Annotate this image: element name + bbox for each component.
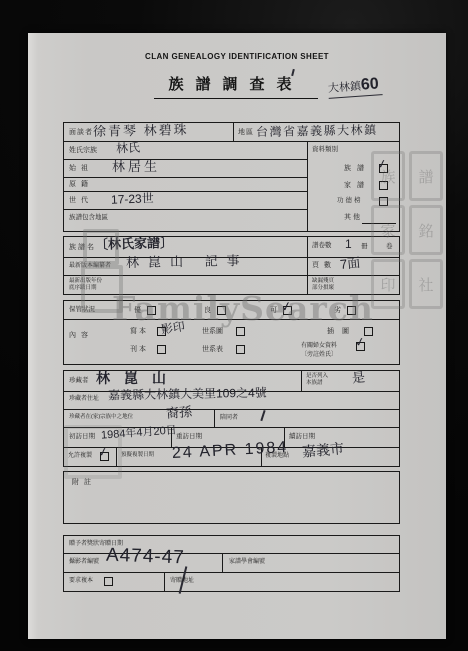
microfilm-frame: { "header": { "title_en": "CLAN GENEALOG… <box>0 0 468 651</box>
checkbox-good <box>217 306 226 315</box>
content-label: 內容 <box>69 332 93 339</box>
region-label: 地區 <box>238 129 254 136</box>
first-ancestor-label: 始祖 <box>69 165 93 172</box>
checkmark-copy-permit: ✓ <box>97 445 109 459</box>
grid-line <box>64 572 399 573</box>
admin-box: 贈予者獎狀寄贈日期 攝影者編號 A474-47 家譜學會編號 要求複本 寄贈地址 <box>63 535 400 592</box>
grid-line <box>64 191 307 192</box>
sheet-title-zh: 族譜調查表 <box>154 73 318 99</box>
copy-permit-label: 允許複製 <box>68 453 92 459</box>
compiler-label: 最新版本編纂者 <box>69 263 111 269</box>
keeper-position-value: 裔孫 <box>166 405 193 420</box>
checkbox-request-copy <box>104 577 113 586</box>
manuscript-note: 影印 <box>160 320 186 336</box>
listed-label-2: 本族譜 <box>306 381 323 387</box>
surname-clan-label: 姓氏宗族 <box>69 147 97 154</box>
condition-excellent-label: 優 <box>134 307 141 314</box>
volumes-value: 1 <box>345 238 352 250</box>
keeper-address-label: 珍藏者住址 <box>69 396 99 402</box>
corner-town-label: 大林鎮 <box>328 81 362 95</box>
checkbox-tree-chart <box>236 327 245 336</box>
surname-clan-value: 林氏 <box>116 141 141 154</box>
grid-line <box>233 123 234 141</box>
grid-line <box>116 447 117 466</box>
keeper-position-label: 珍藏者在(家)宗族中之地位 <box>69 415 133 421</box>
region-value: 台灣省嘉義縣大林鎮 <box>256 124 378 138</box>
category-gongde-label: 功德榜 <box>337 198 363 205</box>
checkbox-print <box>157 345 166 354</box>
interviewer-value: 徐青琴 林碧珠 <box>93 123 189 138</box>
grid-line <box>64 141 399 142</box>
category-zupu-label: 族譜 <box>344 165 370 172</box>
copy-place-value: 嘉義市 <box>301 441 344 459</box>
condition-good-label: 良 <box>204 307 211 314</box>
listed-label-1: 是否列入 <box>306 374 328 380</box>
tree-table-label: 世系表 <box>202 346 223 353</box>
followup-label: 續訪日期 <box>289 434 315 441</box>
keeper-value: 林崑山 <box>96 371 180 385</box>
genealogy-name-label: 族譜名 <box>69 244 96 251</box>
grid-line <box>301 371 302 391</box>
grid-line <box>64 177 307 178</box>
grid-line <box>64 209 307 210</box>
condition-label: 保管狀況 <box>69 307 95 314</box>
notes-label: 附註 <box>72 479 96 486</box>
mail-address-label: 寄贈地址 <box>170 578 194 584</box>
corner-number-value: 60 <box>360 75 379 93</box>
condition-content-box: 保管狀況 優 良 可 ✓ 劣 內容 寫本 影印 刊本 世系圖 世系表 插圖 有關… <box>63 300 400 365</box>
grid-line <box>64 159 307 160</box>
society-no-label: 家譜學會編號 <box>229 559 265 565</box>
checkmark-women-data: ✓ <box>354 335 366 349</box>
compiler-value: 林崑山 記事 <box>126 254 249 269</box>
tree-chart-label: 世系圖 <box>202 328 223 335</box>
women-data-label: 有關婦女資料 <box>301 343 337 349</box>
grid-line <box>222 553 223 572</box>
category-jiapu-label: 家譜 <box>344 182 370 189</box>
revisit-label: 重訪日期 <box>176 434 202 441</box>
notes-box: 附註 <box>63 471 400 524</box>
seal-character: 社 <box>409 259 443 309</box>
manuscript-label: 寫本 <box>130 328 148 335</box>
coverage-label: 族譜包含地區 <box>69 215 108 222</box>
damage-label-2: 部分損壞 <box>312 286 334 292</box>
origin-label: 原籍 <box>69 181 93 188</box>
sheet-title-en: CLAN GENEALOGY IDENTIFICATION SHEET <box>28 52 446 61</box>
grid-line <box>64 319 399 320</box>
keeper-address-value: 嘉義縣大林鎮大美里109之4號 <box>108 387 267 402</box>
checkmark-fair: ✓ <box>280 299 293 314</box>
condition-poor-label: 劣 <box>334 307 341 314</box>
checkbox-poor <box>347 306 356 315</box>
category-other-label: 其他 <box>344 214 362 221</box>
print-label: 刊本 <box>130 346 148 353</box>
checkbox-illustrations <box>364 327 373 336</box>
companion-label: 陪同者 <box>220 415 238 421</box>
grid-line <box>214 409 215 427</box>
keeper-label: 珍藏者 <box>69 378 89 385</box>
pages-label: 頁數 <box>312 262 336 269</box>
checkbox-excellent <box>147 306 156 315</box>
condition-fair-label: 可 <box>270 307 277 314</box>
first-visit-value: 1984年4月20日 <box>101 425 177 441</box>
checkbox-tree-table <box>236 345 245 354</box>
scanned-form-page: CLAN GENEALOGY IDENTIFICATION SHEET 族譜調查… <box>28 33 446 639</box>
damage-label-1: 缺漏殘頁 <box>312 279 334 285</box>
seal-character: 族 <box>371 151 405 201</box>
generations-label: 世代 <box>69 197 93 204</box>
volumes-unit-ce: 冊 <box>361 244 368 251</box>
generations-value: 17-23世 <box>111 192 154 205</box>
seal-character: 銘 <box>409 205 443 255</box>
first-ancestor-value: 林居生 <box>112 160 160 173</box>
interviewer-label: 面談者 <box>69 129 93 136</box>
seal-character: 家 <box>371 205 405 255</box>
category-label: 資料類別 <box>312 147 338 154</box>
volumes-label: 譜卷數 <box>312 243 332 250</box>
basic-info-box: 面談者 徐青琴 林碧珠 地區 台灣省嘉義縣大林鎮 姓氏宗族 林氏 始祖 林居生 … <box>63 122 400 232</box>
request-copy-label: 要求複本 <box>69 578 93 584</box>
seal-character: 印 <box>371 259 405 309</box>
watermark-seal: 族 譜 家 銘 印 社 <box>371 151 443 309</box>
copy-date-label: 預擬複製日期 <box>121 453 154 459</box>
grid-line <box>164 572 165 591</box>
seal-character: 譜 <box>409 151 443 201</box>
photographer-no-value: A474-47 <box>106 546 185 568</box>
grid-line <box>307 141 308 231</box>
women-data-sub-label: 〔旁註姓氏〕 <box>301 352 337 358</box>
listed-value: 是 <box>351 370 365 384</box>
illustrations-label: 插圖 <box>327 328 357 335</box>
photographer-no-label: 攝影者編號 <box>69 559 99 565</box>
copy-place-label: 複製地點 <box>265 453 289 459</box>
grid-line <box>307 237 308 294</box>
pen-mark <box>260 410 265 421</box>
corner-number: 大林鎮60 <box>327 75 382 99</box>
pages-value: 7面 <box>339 256 360 271</box>
grid-line <box>64 409 399 410</box>
preface-date-label: 底序跋日期 <box>69 286 97 292</box>
genealogy-info-box: 族譜名 〔林氏家譜〕 最新版本編纂者 林崑山 記事 最新出版年份 底序跋日期 譜… <box>63 236 400 295</box>
genealogy-name-value: 〔林氏家譜〕 <box>95 236 173 251</box>
keeper-box: 珍藏者 林崑山 是否列入 本族譜 是 珍藏者住址 嘉義縣大林鎮大美里109之4號… <box>63 370 400 467</box>
grid-line <box>64 275 399 276</box>
first-visit-label: 初訪日期 <box>69 434 95 441</box>
pub-year-label: 最新出版年份 <box>69 279 102 285</box>
